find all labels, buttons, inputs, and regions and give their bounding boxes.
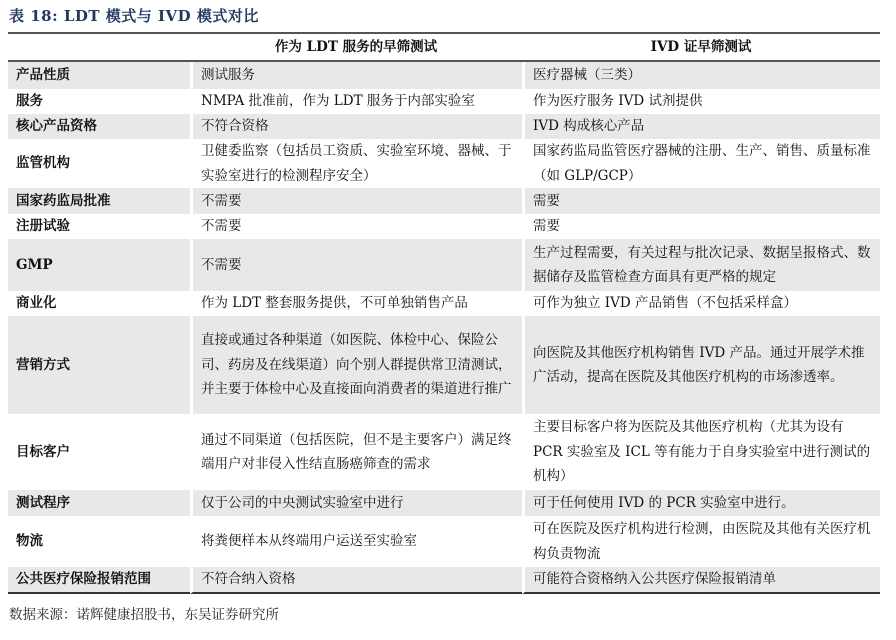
row-label: 公共医疗保险报销范围 — [8, 567, 190, 594]
ldt-cell: 测试服务 — [190, 62, 522, 89]
header-ivd: IVD 证早筛测试 — [522, 32, 880, 62]
row-label: 目标客户 — [8, 414, 190, 490]
table-row: 物流 将粪便样本从终端用户运送至实验室 可在医院及医疗机构进行检测，由医院及其他… — [8, 516, 880, 567]
table-row: 产品性质 测试服务 医疗器械（三类） — [8, 62, 880, 89]
comparison-table: 作为 LDT 服务的早筛测试 IVD 证早筛测试 产品性质 测试服务 医疗器械（… — [8, 32, 880, 594]
row-label: 营销方式 — [8, 316, 190, 414]
table-row: 核心产品资格 不符合资格 IVD 构成核心产品 — [8, 114, 880, 139]
ivd-cell: 可于任何使用 IVD 的 PCR 实验室中进行。 — [522, 490, 880, 516]
ivd-cell: 可在医院及医疗机构进行检测，由医院及其他有关医疗机构负责物流 — [522, 516, 880, 567]
table-row: 营销方式 直接或通过各种渠道（如医院、体检中心、保险公司、药房及在线渠道）向个别… — [8, 316, 880, 414]
ivd-cell: IVD 构成核心产品 — [522, 114, 880, 139]
row-label: 监管机构 — [8, 139, 190, 188]
table-row: 国家药监局批准 不需要 需要 — [8, 188, 880, 214]
table-row: 目标客户 通过不同渠道（包括医院，但不是主要客户）满足终端用户对非侵入性结直肠癌… — [8, 414, 880, 490]
ivd-cell: 需要 — [522, 188, 880, 214]
header-ldt: 作为 LDT 服务的早筛测试 — [190, 32, 522, 62]
ldt-cell: 不需要 — [190, 188, 522, 214]
table-row: 测试程序 仅于公司的中央测试实验室中进行 可于任何使用 IVD 的 PCR 实验… — [8, 490, 880, 516]
table-row: 商业化 作为 LDT 整套服务提供，不可单独销售产品 可作为独立 IVD 产品销… — [8, 291, 880, 316]
row-label: GMP — [8, 239, 190, 291]
table-row: GMP 不需要 生产过程需要，有关过程与批次记录、数据呈报格式、数据储存及监管检… — [8, 239, 880, 291]
ivd-cell: 医疗器械（三类） — [522, 62, 880, 89]
table-row: 服务 NMPA 批准前，作为 LDT 服务于内部实验室 作为医疗服务 IVD 试… — [8, 89, 880, 114]
ldt-cell: 不符合纳入资格 — [190, 567, 522, 594]
table-header-row: 作为 LDT 服务的早筛测试 IVD 证早筛测试 — [8, 32, 880, 62]
row-label: 核心产品资格 — [8, 114, 190, 139]
ldt-cell: 仅于公司的中央测试实验室中进行 — [190, 490, 522, 516]
header-blank — [8, 32, 190, 62]
table-row: 公共医疗保险报销范围 不符合纳入资格 可能符合资格纳入公共医疗保险报销清单 — [8, 567, 880, 594]
ldt-cell: NMPA 批准前，作为 LDT 服务于内部实验室 — [190, 89, 522, 114]
ldt-cell: 作为 LDT 整套服务提供，不可单独销售产品 — [190, 291, 522, 316]
row-label: 测试程序 — [8, 490, 190, 516]
ldt-cell: 通过不同渠道（包括医院，但不是主要客户）满足终端用户对非侵入性结直肠癌筛查的需求 — [190, 414, 522, 490]
source-note: 数据来源：诺辉健康招股书，东吴证券研究所 — [9, 603, 279, 623]
ivd-cell: 国家药监局监管医疗器械的注册、生产、销售、质量标准（如 GLP/GCP） — [522, 139, 880, 188]
table-row: 注册试验 不需要 需要 — [8, 214, 880, 239]
ivd-cell: 需要 — [522, 214, 880, 239]
ivd-cell: 主要目标客户将为医院及其他医疗机构（尤其为设有 PCR 实验室及 ICL 等有能… — [522, 414, 880, 490]
row-label: 产品性质 — [8, 62, 190, 89]
ivd-cell: 向医院及其他医疗机构销售 IVD 产品。通过开展学术推广活动，提高在医院及其他医… — [522, 316, 880, 414]
ivd-cell: 可作为独立 IVD 产品销售（不包括采样盒） — [522, 291, 880, 316]
ivd-cell: 作为医疗服务 IVD 试剂提供 — [522, 89, 880, 114]
ldt-cell: 将粪便样本从终端用户运送至实验室 — [190, 516, 522, 567]
ldt-cell: 卫健委监察（包括员工资质、实验室环境、器械、于实验室进行的检测程序安全） — [190, 139, 522, 188]
row-label: 物流 — [8, 516, 190, 567]
row-label: 商业化 — [8, 291, 190, 316]
table-title: 表 18: LDT 模式与 IVD 模式对比 — [9, 5, 259, 26]
ldt-cell: 不需要 — [190, 239, 522, 291]
ivd-cell: 生产过程需要，有关过程与批次记录、数据呈报格式、数据储存及监管检查方面具有更严格… — [522, 239, 880, 291]
row-label: 国家药监局批准 — [8, 188, 190, 214]
ldt-cell: 不符合资格 — [190, 114, 522, 139]
ldt-cell: 直接或通过各种渠道（如医院、体检中心、保险公司、药房及在线渠道）向个别人群提供常… — [190, 316, 522, 414]
row-label: 服务 — [8, 89, 190, 114]
table-row: 监管机构 卫健委监察（包括员工资质、实验室环境、器械、于实验室进行的检测程序安全… — [8, 139, 880, 188]
ldt-cell: 不需要 — [190, 214, 522, 239]
ivd-cell: 可能符合资格纳入公共医疗保险报销清单 — [522, 567, 880, 594]
row-label: 注册试验 — [8, 214, 190, 239]
